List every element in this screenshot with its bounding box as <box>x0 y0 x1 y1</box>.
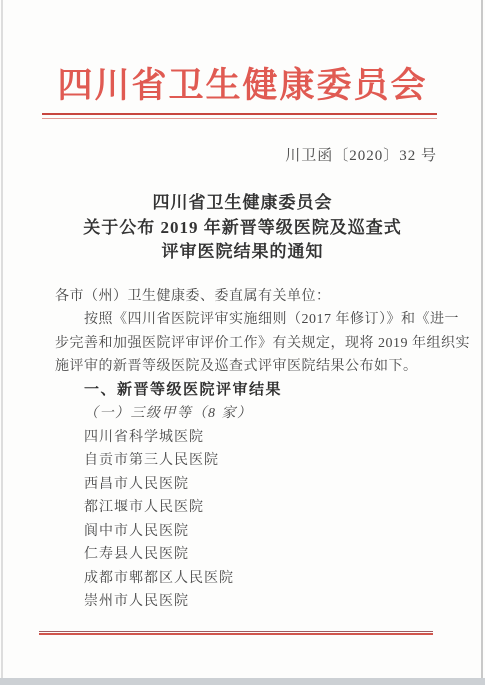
paragraph-line: 施评审的新晋等级医院及巡查式评审医院结果公布如下。 <box>55 354 445 378</box>
section-heading: 一、新晋等级医院评审结果 <box>55 377 445 401</box>
letterhead-org-name: 四川省卫生健康委员会 <box>0 58 485 108</box>
hospital-list-item: 崇州市人民医院 <box>55 589 445 613</box>
paragraph-line: 按照《四川省医院评审实施细则（2017 年修订）》和《进一 <box>55 307 445 331</box>
footer-divider <box>39 631 433 635</box>
document-title-line-3: 评审医院结果的通知 <box>0 240 485 265</box>
scanned-document-page: 四川省卫生健康委员会 川卫函〔2020〕32 号 四川省卫生健康委员会 关于公布… <box>0 0 485 685</box>
hospital-list-item: 仁寿县人民医院 <box>55 542 445 566</box>
hospital-list: 四川省科学城医院 自贡市第三人民医院 西昌市人民医院 都江堰市人民医院 阆中市人… <box>55 424 445 612</box>
subsection-heading: （一）三级甲等（8 家） <box>55 401 445 425</box>
hospital-list-item: 西昌市人民医院 <box>55 471 445 495</box>
salutation: 各市（州）卫生健康委、委直属有关单位： <box>55 283 445 307</box>
document-title: 四川省卫生健康委员会 关于公布 2019 年新晋等级医院及巡查式 评审医院结果的… <box>0 191 485 265</box>
document-title-line-1: 四川省卫生健康委员会 <box>0 191 485 216</box>
hospital-list-item: 自贡市第三人民医院 <box>55 448 445 472</box>
hospital-list-item: 四川省科学城医院 <box>55 424 445 448</box>
document-body: 各市（州）卫生健康委、委直属有关单位： 按照《四川省医院评审实施细则（2017 … <box>55 283 445 612</box>
hospital-list-item: 阆中市人民医院 <box>55 518 445 542</box>
document-title-line-2: 关于公布 2019 年新晋等级医院及巡查式 <box>0 216 485 241</box>
paragraph-line: 步完善和加强医院评审评价工作》有关规定，现将 2019 年组织实 <box>55 330 445 354</box>
scan-edge-bottom <box>0 678 485 685</box>
document-number: 川卫函〔2020〕32 号 <box>285 144 437 165</box>
hospital-list-item: 都江堰市人民医院 <box>55 495 445 519</box>
hospital-list-item: 成都市郫都区人民医院 <box>55 565 445 589</box>
letterhead-divider <box>42 113 437 119</box>
